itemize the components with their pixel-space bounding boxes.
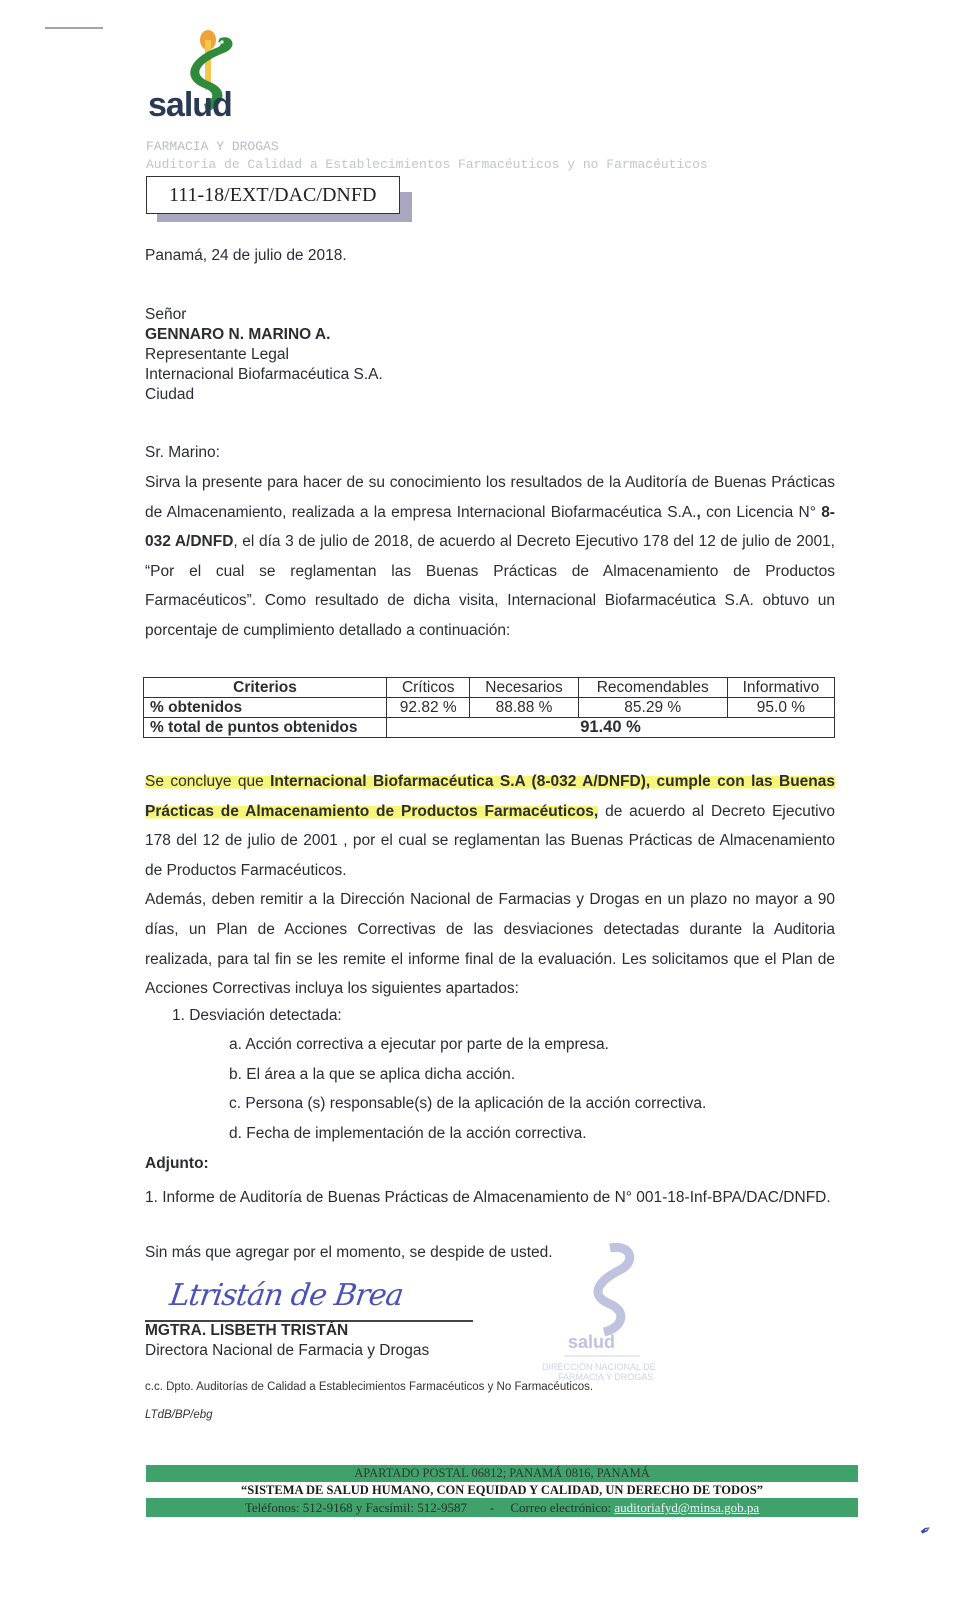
intro-text-3: , el día 3 de julio de 2018, de acuerdo … [145,533,835,639]
obtained-value: 88.88 % [470,698,578,718]
typist-initials: LTdB/BP/ebg [145,1409,213,1421]
list-subitem: a. Acción correctiva a ejecutar por part… [229,1036,609,1054]
svg-text:FARMACIA Y DROGAS: FARMACIA Y DROGAS [558,1372,653,1380]
reference-number: 111-18/EXT/DAC/DNFD [146,176,400,214]
recipient-city: Ciudad [145,385,835,405]
intro-paragraph: Sirva la presente para hacer de su conoc… [145,468,835,646]
column-header: Necesarios [470,678,578,698]
total-label: % total de puntos obtenidos [144,718,387,738]
department-name: FARMACIA Y DROGAS [146,139,279,154]
footer-phones: Teléfonos: 512-9168 y Facsímil: 512-9587 [245,1500,467,1515]
list-subitem: d. Fecha de implementación de la acción … [229,1125,587,1143]
scan-artifact [45,27,103,29]
signer-name: MGTRA. LISBETH TRISTÁN [145,1322,348,1340]
list-subitem: b. El área a la que se aplica dicha acci… [229,1066,515,1084]
footer-address: APARTADO POSTAL 06812; PANAMÁ 0816, PANA… [146,1465,858,1482]
table-row: % total de puntos obtenidos 91.40 % [144,718,835,738]
recipient-salutation: Señor [145,305,835,325]
column-header: Recomendables [578,678,727,698]
attachment-item: 1. Informe de Auditoría de Buenas Prácti… [145,1183,835,1213]
greeting: Sr. Marino: [145,443,835,463]
obtained-label: % obtenidos [144,698,387,718]
signer-title: Directora Nacional de Farmacia y Drogas [145,1342,429,1360]
obtained-value: 85.29 % [578,698,727,718]
column-header: Críticos [387,678,470,698]
logo-wordmark: salud [148,86,232,125]
criteria-header: Criterios [144,678,387,698]
list-subitem: c. Persona (s) responsable(s) de la apli… [229,1095,706,1113]
recipient-position: Representante Legal [145,345,835,365]
recipient-name: GENNARO N. MARINO A. [145,325,835,345]
carbon-copy-line: c.c. Dpto. Auditorías de Calidad a Estab… [145,1381,593,1393]
footer-email-link[interactable]: auditoriafyd@minsa.gob.pa [614,1500,759,1515]
obtained-value: 95.0 % [727,698,834,718]
intro-text-2: con Licencia N° [701,504,821,521]
footer-separator: - [490,1500,494,1515]
total-value: 91.40 % [387,718,835,738]
table-row: % obtenidos 92.82 % 88.88 % 85.29 % 95.0… [144,698,835,718]
conclusion-lead: Se concluye que [145,773,270,790]
attachment-heading: Adjunto: [145,1155,209,1173]
handwritten-signature: Ltristán de Brea [168,1278,406,1313]
svg-text:salud: salud [568,1332,615,1352]
footer-contact: Teléfonos: 512-9168 y Facsímil: 512-9587… [146,1498,858,1517]
request-paragraph: Además, deben remitir a la Dirección Nac… [145,885,835,1003]
letterhead-footer: APARTADO POSTAL 06812; PANAMÁ 0816, PANA… [146,1465,858,1517]
footer-motto: “SISTEMA DE SALUD HUMANO, CON EQUIDAD Y … [146,1482,858,1498]
pen-mark: ✒ [917,1520,936,1541]
closing-line: Sin más que agregar por el momento, se d… [145,1243,835,1263]
conclusion-paragraph: Se concluye que Internacional Biofarmacé… [145,767,835,1004]
letter-date: Panamá, 24 de julio de 2018. [145,246,835,266]
official-stamp-icon: salud DIRECCIÓN NACIONAL DE FARMACIA Y D… [540,1240,690,1380]
svg-text:DIRECCIÓN NACIONAL DE: DIRECCIÓN NACIONAL DE [542,1362,656,1372]
footer-email-label: Correo electrónico: [510,1500,614,1515]
column-header: Informativo [727,678,834,698]
criteria-table: Criterios Críticos Necesarios Recomendab… [143,677,835,738]
recipient-block: Señor GENNARO N. MARINO A. Representante… [145,305,835,405]
subdepartment-name: Auditoria de Calidad a Establecimientos … [146,157,708,172]
recipient-company: Internacional Biofarmacéutica S.A. [145,365,835,385]
table-header-row: Criterios Críticos Necesarios Recomendab… [144,678,835,698]
obtained-value: 92.82 % [387,698,470,718]
list-item: 1. Desviación detectada: [172,1007,342,1025]
